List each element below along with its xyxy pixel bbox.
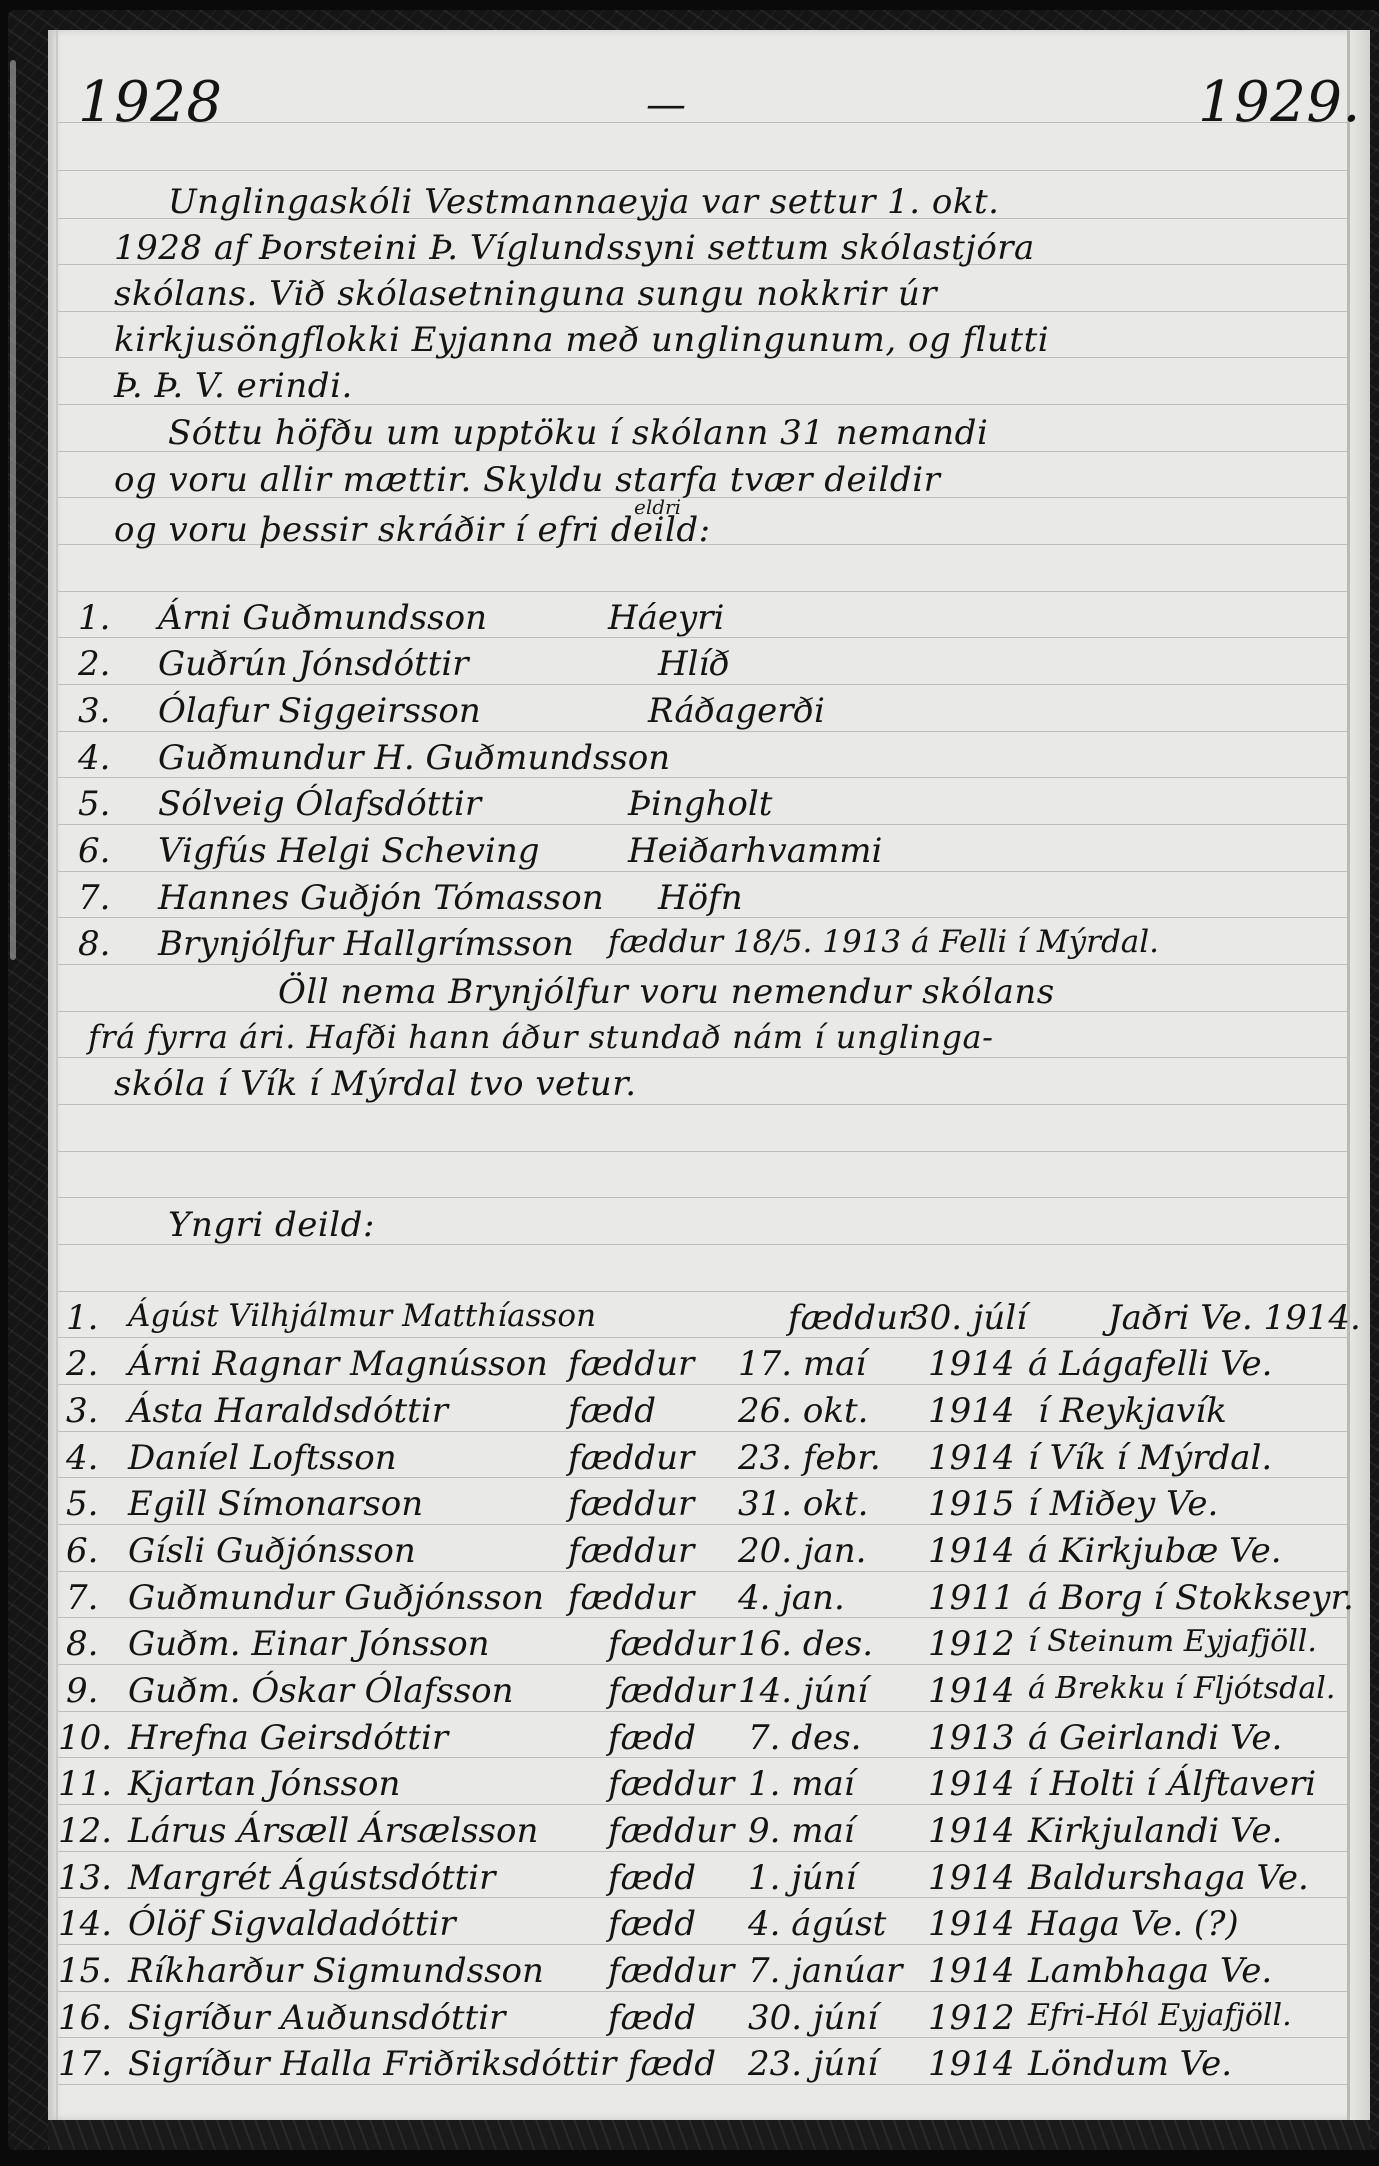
year-end: 1929. — [1198, 70, 1361, 135]
student-number: 2. — [66, 1344, 98, 1384]
student-name: Ríkharður Sigmundsson — [128, 1951, 544, 1991]
student-number: 8. — [78, 924, 110, 964]
student-name: Árni Ragnar Magnússon — [128, 1344, 548, 1384]
birth-date: 30. júlí — [908, 1298, 1027, 1338]
year-start: 1928 — [78, 70, 223, 135]
birth-year: 1914 — [928, 1858, 1015, 1898]
ruled-line — [58, 871, 1348, 872]
birth-date: 23. febr. — [738, 1438, 881, 1478]
student-number: 14. — [58, 1904, 112, 1944]
student-number: 4. — [66, 1438, 98, 1478]
birth-year: 1914 — [928, 1391, 1015, 1431]
birth-place: í Miðey Ve. — [1028, 1484, 1218, 1524]
note-line: Öll nema Brynjólfur voru nemendur skólan… — [278, 972, 1055, 1012]
cover-edge — [10, 60, 16, 960]
birth-date: 7. janúar — [748, 1951, 902, 1991]
student-name: Sigríður Auðunsdóttir — [128, 1998, 505, 2038]
margin-line — [56, 30, 58, 2120]
ruled-line — [58, 170, 1348, 171]
ruled-line — [58, 591, 1348, 592]
ruled-line — [58, 1524, 1348, 1525]
ruled-line — [58, 1151, 1348, 1152]
birth-year: 1911 — [928, 1578, 1015, 1618]
ruled-line — [58, 122, 1348, 123]
birth-year: 1913 — [928, 1718, 1015, 1758]
student-number: 11. — [58, 1764, 112, 1804]
birth-year: 1914 — [928, 1764, 1015, 1804]
birth-word: fæddur — [568, 1531, 694, 1571]
enrollment-line: og voru allir mættir. Skyldu starfa tvær… — [114, 460, 940, 500]
ruled-line — [58, 1851, 1348, 1852]
birth-date: 4. jan. — [738, 1578, 845, 1618]
year-separator: — — [646, 82, 687, 128]
student-home: Háeyri — [608, 598, 724, 638]
birth-date: 17. maí — [738, 1344, 866, 1384]
ruled-line — [58, 1291, 1348, 1292]
student-name: Brynjólfur Hallgrímsson — [158, 924, 574, 964]
ruled-line — [58, 1664, 1348, 1665]
birth-date: 23. júní — [748, 2044, 878, 2084]
birth-word: fæddur — [608, 1764, 734, 1804]
birth-date: 31. okt. — [738, 1484, 868, 1524]
birth-word: fæddur — [568, 1578, 694, 1618]
ruled-line — [58, 1197, 1348, 1198]
birth-word: fæddur — [608, 1811, 734, 1851]
birth-place: Efri-Hól Eyjafjöll. — [1028, 1998, 1292, 2033]
birth-year: 1914 — [928, 1811, 1015, 1851]
ruled-line — [58, 1384, 1348, 1385]
student-number: 9. — [66, 1671, 98, 1711]
intro-line: Unglingaskóli Vestmannaeyja var settur 1… — [168, 182, 999, 222]
student-home: Hlíð — [658, 644, 730, 684]
birth-word: fædd — [628, 2044, 716, 2084]
student-number: 8. — [66, 1624, 98, 1664]
student-home: Ráðagerði — [648, 691, 825, 731]
student-number: 5. — [78, 784, 110, 824]
student-name: Vigfús Helgi Scheving — [158, 831, 540, 871]
student-name: Kjartan Jónsson — [128, 1764, 400, 1804]
student-home: Heiðarhvammi — [628, 831, 882, 871]
birth-date: 7. des. — [748, 1718, 861, 1758]
birth-place: á Borg í Stokkseyr. — [1028, 1578, 1354, 1618]
birth-year: 1914 — [928, 1951, 1015, 1991]
birth-year: 1914 — [928, 1671, 1015, 1711]
student-name: Sólveig Ólafsdóttir — [158, 784, 481, 824]
birth-word: fædd — [608, 1718, 696, 1758]
birth-place: á Brekku í Fljótsdal. — [1028, 1671, 1335, 1706]
birth-year: 1912 — [928, 1998, 1015, 2038]
lower-division-heading: Yngri deild: — [168, 1205, 375, 1245]
birth-place: Löndum Ve. — [1028, 2044, 1232, 2084]
student-name: Ásta Haraldsdóttir — [128, 1391, 448, 1431]
ruled-line — [58, 1104, 1348, 1105]
ruled-line — [58, 684, 1348, 685]
student-name: Lárus Ársæll Ársælsson — [128, 1811, 538, 1851]
ledger-cover-bottom — [48, 2120, 1370, 2150]
student-number: 7. — [66, 1578, 98, 1618]
birth-place: í Steinum Eyjafjöll. — [1028, 1624, 1317, 1659]
enrollment-line: og voru þessir skráðir í efri deild: — [114, 510, 711, 550]
student-number: 5. — [66, 1484, 98, 1524]
student-name: Ólafur Siggeirsson — [158, 691, 481, 731]
student-name: Ólöf Sigvaldadóttir — [128, 1904, 456, 1944]
student-number: 16. — [58, 1998, 112, 2038]
student-name: Guðmundur H. Guðmundsson — [158, 738, 670, 778]
birth-year: 1912 — [928, 1624, 1015, 1664]
student-number: 3. — [66, 1391, 98, 1431]
student-number: 6. — [66, 1531, 98, 1571]
birth-place: á Geirlandi Ve. — [1028, 1718, 1282, 1758]
student-home: Höfn — [658, 878, 743, 918]
birth-place: Lambhaga Ve. — [1028, 1951, 1272, 1991]
ruled-line — [58, 964, 1348, 965]
birth-word: fæddur — [788, 1298, 914, 1338]
birth-word: fæddur — [608, 1671, 734, 1711]
birth-date: 14. júní — [738, 1671, 868, 1711]
birth-word: fædd — [608, 1998, 696, 2038]
birth-year: 1914 — [928, 2044, 1015, 2084]
birth-place: í Holti í Álftaveri — [1028, 1764, 1316, 1804]
birth-word: fæddur — [608, 1951, 734, 1991]
birth-year: 1914 — [928, 1438, 1015, 1478]
birth-place: Kirkjulandi Ve. — [1028, 1811, 1282, 1851]
student-name: Guðm. Einar Jónsson — [128, 1624, 490, 1664]
birth-word: fædd — [608, 1858, 696, 1898]
birth-date: 16. des. — [738, 1624, 873, 1664]
student-number: 2. — [78, 644, 110, 684]
birth-place: í Vík í Mýrdal. — [1028, 1438, 1272, 1478]
ruled-line — [58, 731, 1348, 732]
student-number: 13. — [58, 1858, 112, 1898]
ruled-line — [58, 1057, 1348, 1058]
birth-place: Jaðri Ve. 1914. — [1108, 1298, 1361, 1338]
student-name: Daníel Loftsson — [128, 1438, 397, 1478]
birth-word: fæddur — [608, 1624, 734, 1664]
ruled-line — [58, 1571, 1348, 1572]
intro-line: 1928 af Þorsteini Þ. Víglundssyni settum… — [114, 228, 1035, 268]
student-name: Egill Símonarson — [128, 1484, 423, 1524]
birth-date: 9. maí — [748, 1811, 855, 1851]
student-name: Árni Guðmundsson — [158, 598, 487, 638]
ruled-line — [58, 2084, 1348, 2085]
student-name: Hannes Guðjón Tómasson — [158, 878, 604, 918]
student-name: Gísli Guðjónsson — [128, 1531, 416, 1571]
birth-word: fædd — [608, 1904, 696, 1944]
intro-line: skólans. Við skólasetninguna sungu nokkr… — [114, 274, 937, 314]
student-number: 12. — [58, 1811, 112, 1851]
student-name: Ágúst Vilhjálmur Matthíasson — [128, 1298, 596, 1334]
ruled-line — [58, 1711, 1348, 1712]
birth-word: fæddur — [568, 1344, 694, 1384]
student-name: Margrét Ágústsdóttir — [128, 1858, 495, 1898]
ruled-line — [58, 1804, 1348, 1805]
ruled-line — [58, 1991, 1348, 1992]
student-name: Guðm. Óskar Ólafsson — [128, 1671, 514, 1711]
student-name: Guðrún Jónsdóttir — [158, 644, 469, 684]
birth-year: 1914 — [928, 1531, 1015, 1571]
ledger-page: 1928 — 1929. Unglingaskóli Vestmannaeyja… — [48, 30, 1370, 2120]
birth-place: á Lágafelli Ve. — [1028, 1344, 1272, 1384]
birth-date: 1. maí — [748, 1764, 855, 1804]
page-gutter — [1350, 30, 1370, 2120]
birth-place: Haga Ve. (?) — [1028, 1904, 1239, 1944]
student-name: Guðmundur Guðjónsson — [128, 1578, 544, 1618]
birth-word: fædd — [568, 1391, 656, 1431]
birth-place: Baldurshaga Ve. — [1028, 1858, 1309, 1898]
birth-year: 1914 — [928, 1904, 1015, 1944]
ruled-line — [58, 824, 1348, 825]
birth-date: 4. ágúst — [748, 1904, 886, 1944]
birth-place: á Kirkjubæ Ve. — [1028, 1531, 1282, 1571]
student-number: 4. — [78, 738, 110, 778]
student-number: 6. — [78, 831, 110, 871]
student-home: fæddur 18/5. 1913 á Felli í Mýrdal. — [608, 924, 1159, 960]
ruled-line — [58, 1944, 1348, 1945]
birth-date: 20. jan. — [738, 1531, 866, 1571]
student-number: 1. — [78, 598, 110, 638]
birth-date: 30. júní — [748, 1998, 878, 2038]
birth-year: 1915 — [928, 1484, 1015, 1524]
student-number: 7. — [78, 878, 110, 918]
birth-place: í Reykjavík — [1038, 1391, 1227, 1431]
student-number: 10. — [58, 1718, 112, 1758]
student-number: 3. — [78, 691, 110, 731]
student-number: 15. — [58, 1951, 112, 1991]
note-line: frá fyrra ári. Hafði hann áður stundað n… — [88, 1018, 993, 1056]
page-fold — [1347, 30, 1350, 2120]
student-number: 1. — [66, 1298, 98, 1338]
student-number: 17. — [58, 2044, 112, 2084]
birth-word: fæddur — [568, 1484, 694, 1524]
birth-year: 1914 — [928, 1344, 1015, 1384]
birth-word: fæddur — [568, 1438, 694, 1478]
intro-line: Þ. Þ. V. erindi. — [114, 366, 353, 406]
student-home: Þingholt — [628, 784, 772, 824]
student-name: Sigríður Halla Friðriksdóttir — [128, 2044, 616, 2084]
ruled-line — [58, 1431, 1348, 1432]
intro-line: kirkjusöngflokki Eyjanna með unglingunum… — [114, 320, 1049, 360]
note-line: skóla í Vík í Mýrdal tvo vetur. — [114, 1064, 637, 1104]
enrollment-line: Sóttu höfðu um upptöku í skólann 31 nema… — [168, 413, 988, 453]
birth-date: 1. júní — [748, 1858, 856, 1898]
student-name: Hrefna Geirsdóttir — [128, 1718, 448, 1758]
birth-date: 26. okt. — [738, 1391, 868, 1431]
